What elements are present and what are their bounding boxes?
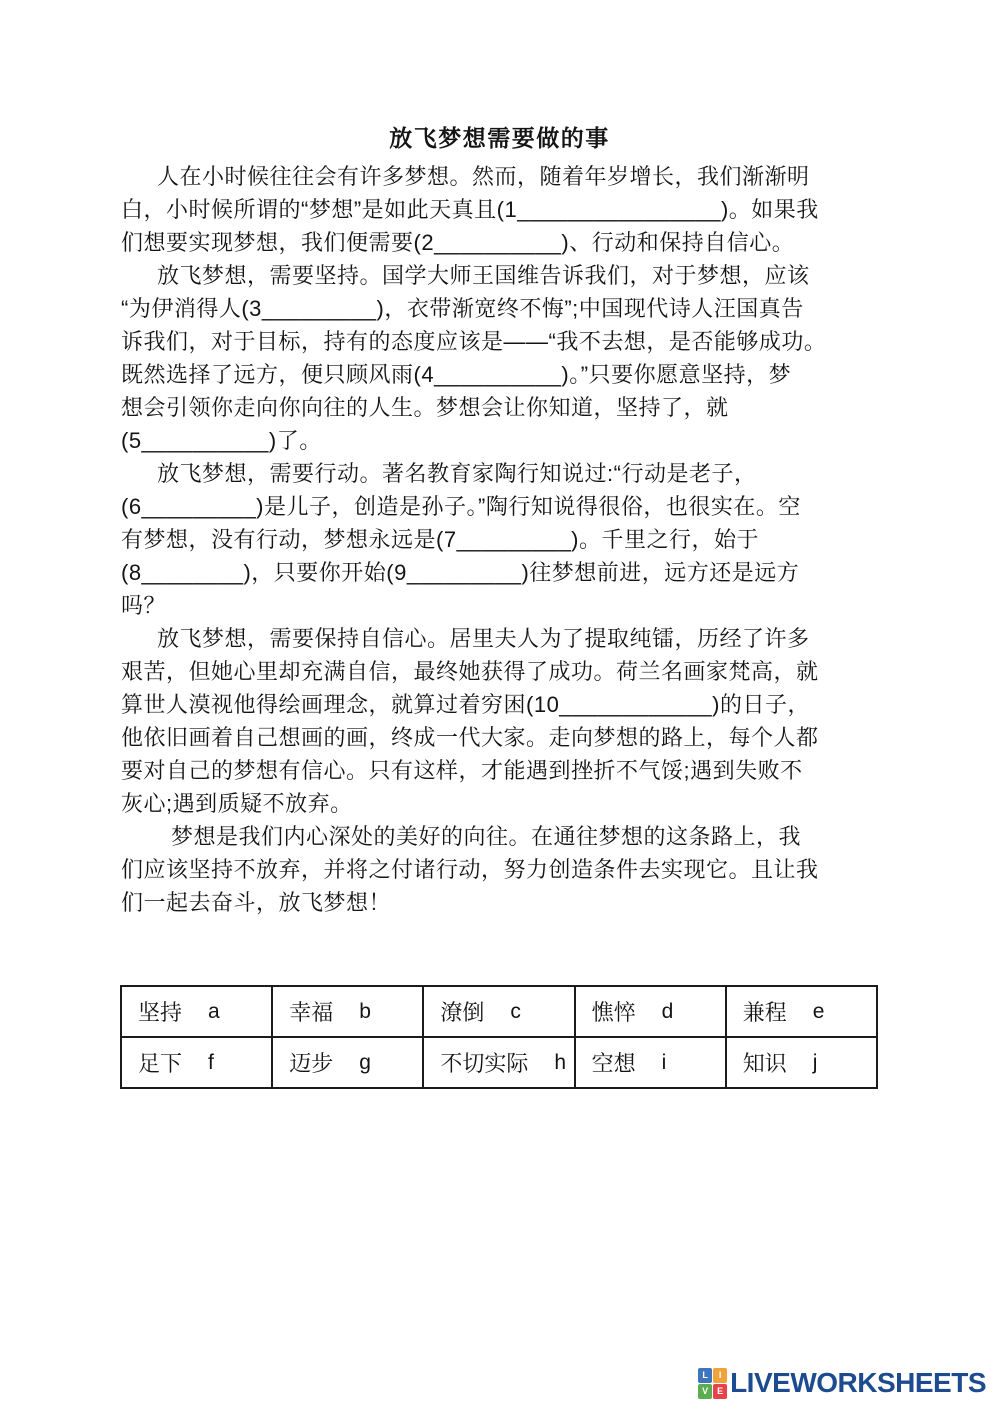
page-title: 放飞梦想需要做的事 (0, 120, 999, 153)
word-bank-cell: 不切实际h (423, 1037, 574, 1088)
option-word: 不切实际 (440, 1047, 528, 1078)
option-letter: c (510, 1000, 521, 1024)
option-word: 兼程 (743, 996, 787, 1027)
option-letter: g (359, 1051, 371, 1075)
text-line: 放飞梦想，需要坚持。国学大师王国维告诉我们，对于梦想，应该 (121, 259, 881, 292)
text-line: (5__________)了。 (121, 424, 881, 457)
word-bank-cell: 迈步g (272, 1037, 423, 1088)
paragraph-4: 放飞梦想，需要保持自信心。居里夫人为了提取纯镭，历经了许多 艰苦，但她心里却充满… (121, 622, 881, 820)
text-line: 算世人漠视他得绘画理念，就算过着穷困(10____________)的日子， (121, 688, 881, 721)
word-bank-cell: 兼程e (726, 986, 877, 1037)
option-letter: i (662, 1051, 667, 1075)
text-line: 艰苦，但她心里却充满自信，最终她获得了成功。荷兰名画家梵高，就 (121, 655, 881, 688)
text-line: 灰心;遇到质疑不放弃。 (121, 787, 881, 820)
logo-tile-v: V (698, 1384, 712, 1399)
text-line: 梦想是我们内心深处的美好的向往。在通往梦想的这条路上，我 (121, 820, 881, 853)
text-line: 们一起去奋斗，放飞梦想！ (121, 886, 881, 919)
word-bank-cell: 幸福b (272, 986, 423, 1037)
text-line: 们应该坚持不放弃，并将之付诸行动，努力创造条件去实现它。且让我 (121, 853, 881, 886)
option-letter: e (813, 1000, 825, 1024)
text-line: (8________)，只要你开始(9_________)往梦想前进，远方还是远… (121, 556, 881, 589)
text-line: 放飞梦想，需要保持自信心。居里夫人为了提取纯镭，历经了许多 (121, 622, 881, 655)
option-word: 知识 (743, 1047, 787, 1078)
paragraph-3: 放飞梦想，需要行动。著名教育家陶行知说过:“行动是老子， (6_________… (121, 457, 881, 622)
option-word: 潦倒 (440, 996, 484, 1027)
word-bank-cell: 坚持a (121, 986, 272, 1037)
text-line: 们想要实现梦想，我们便需要(2__________)、行动和保持自信心。 (121, 226, 881, 259)
text-line: 吗？ (121, 589, 881, 622)
paragraph-1: 人在小时候往往会有许多梦想。然而，随着年岁增长，我们渐渐明 白，小时候所谓的“梦… (121, 160, 881, 259)
word-bank-cell: 足下f (121, 1037, 272, 1088)
logo-tile-l: L (698, 1368, 712, 1383)
option-word: 迈步 (289, 1047, 333, 1078)
option-letter: d (662, 1000, 674, 1024)
option-letter: h (554, 1051, 566, 1075)
word-bank-table: 坚持a 幸福b 潦倒c 憔悴d 兼程e 足下f 迈步g 不切实际h 空想i 知识… (120, 985, 878, 1089)
word-bank-row: 坚持a 幸福b 潦倒c 憔悴d 兼程e (121, 986, 877, 1037)
word-bank-cell: 知识j (726, 1037, 877, 1088)
worksheet-page: 放飞梦想需要做的事 人在小时候往往会有许多梦想。然而，随着年岁增长，我们渐渐明 … (0, 0, 999, 1412)
liveworksheets-logo[interactable]: L I V E LIVEWORKSHEETS (698, 1367, 986, 1399)
option-letter: a (208, 1000, 220, 1024)
option-letter: j (813, 1051, 818, 1075)
text-line: 诉我们，对于目标，持有的态度应该是——“我不去想，是否能够成功。 (121, 325, 881, 358)
text-line: 人在小时候往往会有许多梦想。然而，随着年岁增长，我们渐渐明 (121, 160, 881, 193)
paragraph-2: 放飞梦想，需要坚持。国学大师王国维告诉我们，对于梦想，应该 “为伊消得人(3__… (121, 259, 881, 457)
option-word: 憔悴 (592, 996, 636, 1027)
option-letter: f (208, 1051, 214, 1075)
text-line: (6_________)是儿子，创造是孙子。”陶行知说得很俗，也很实在。空 (121, 490, 881, 523)
word-bank-cell: 憔悴d (575, 986, 726, 1037)
text-line: 既然选择了远方，便只顾风雨(4__________)。”只要你愿意坚持，梦 (121, 358, 881, 391)
text-line: 他依旧画着自己想画的画，终成一代大家。走向梦想的路上，每个人都 (121, 721, 881, 754)
word-bank-cell: 潦倒c (423, 986, 574, 1037)
option-word: 幸福 (289, 996, 333, 1027)
logo-tile-e: E (713, 1384, 727, 1399)
option-word: 坚持 (138, 996, 182, 1027)
word-bank-cell: 空想i (575, 1037, 726, 1088)
text-line: “为伊消得人(3_________)，衣带渐宽终不悔”;中国现代诗人汪国真告 (121, 292, 881, 325)
logo-tile-i: I (713, 1368, 727, 1383)
liveworksheets-logo-icon: L I V E (698, 1368, 727, 1399)
liveworksheets-logo-text: LIVEWORKSHEETS (730, 1367, 986, 1399)
text-line: 放飞梦想，需要行动。著名教育家陶行知说过:“行动是老子， (121, 457, 881, 490)
paragraph-5: 梦想是我们内心深处的美好的向往。在通往梦想的这条路上，我 们应该坚持不放弃，并将… (121, 820, 881, 919)
text-line: 要对自己的梦想有信心。只有这样，才能遇到挫折不气馁;遇到失败不 (121, 754, 881, 787)
article-body: 人在小时候往往会有许多梦想。然而，随着年岁增长，我们渐渐明 白，小时候所谓的“梦… (121, 160, 881, 919)
text-line: 有梦想，没有行动，梦想永远是(7_________)。千里之行，始于 (121, 523, 881, 556)
option-word: 空想 (592, 1047, 636, 1078)
text-line: 白，小时候所谓的“梦想”是如此天真且(1________________)。如果… (121, 193, 881, 226)
option-word: 足下 (138, 1047, 182, 1078)
option-letter: b (359, 1000, 371, 1024)
word-bank-row: 足下f 迈步g 不切实际h 空想i 知识j (121, 1037, 877, 1088)
text-line: 想会引领你走向你向往的人生。梦想会让你知道，坚持了，就 (121, 391, 881, 424)
